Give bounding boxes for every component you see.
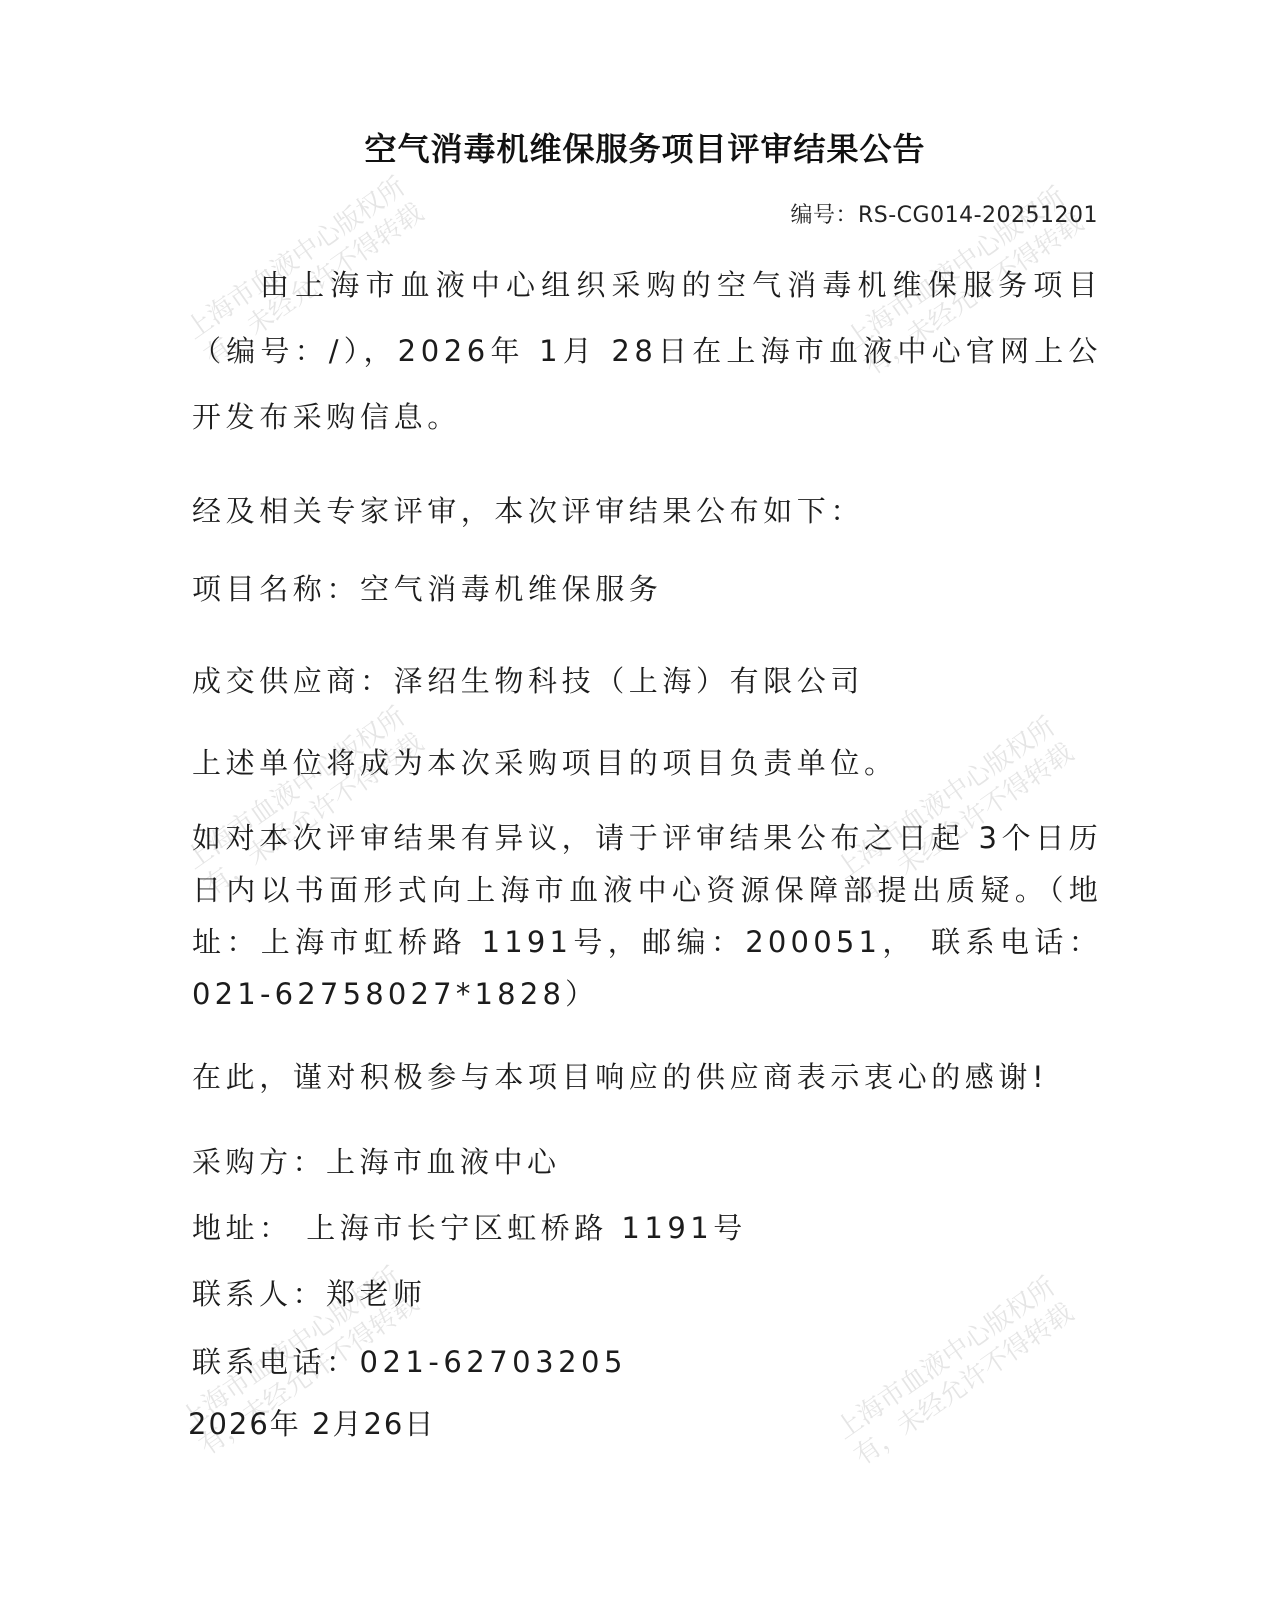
intro-paragraph: 由上海市血液中心组织采购的空气消毒机维保服务项目（编号：/），2026年 1月 …: [192, 252, 1102, 450]
watermark: 上海市血液中心版权所 有，未经允许不得转载: [830, 1271, 1080, 1473]
winning-supplier: 成交供应商：泽绍生物科技（上海）有限公司: [192, 648, 1102, 714]
document-title: 空气消毒机维保服务项目评审结果公告: [0, 124, 1280, 170]
responsible-unit-statement: 上述单位将成为本次采购项目的项目负责单位。: [192, 730, 1102, 796]
announcement-date: 2026年 2月26日: [188, 1404, 435, 1444]
announcement-document: 上海市血液中心版权所 有，未经允许不得转载 上海市血液中心版权所 有，未经允许不…: [0, 0, 1280, 1602]
purchaser-address: 地址： 上海市长宁区虹桥路 1191号: [192, 1208, 747, 1248]
objection-paragraph: 如对本次评审结果有异议，请于评审结果公布之日起 3个日历日内以书面形式向上海市血…: [192, 812, 1102, 1020]
thanks-paragraph: 在此，谨对积极参与本项目响应的供应商表示衷心的感谢!: [192, 1044, 1102, 1110]
watermark-line: 有，未经允许不得转载: [848, 1297, 1079, 1472]
contact-person: 联系人：郑老师: [192, 1274, 427, 1314]
watermark-line: 上海市血液中心版权所: [830, 1271, 1061, 1446]
review-statement: 经及相关专家评审，本次评审结果公布如下：: [192, 478, 1102, 544]
contact-phone: 联系电话：021-62703205: [192, 1342, 627, 1382]
project-name: 项目名称：空气消毒机维保服务: [192, 556, 1102, 622]
purchaser: 采购方：上海市血液中心: [192, 1142, 561, 1182]
document-number: 编号：RS-CG014-20251201: [790, 198, 1098, 229]
